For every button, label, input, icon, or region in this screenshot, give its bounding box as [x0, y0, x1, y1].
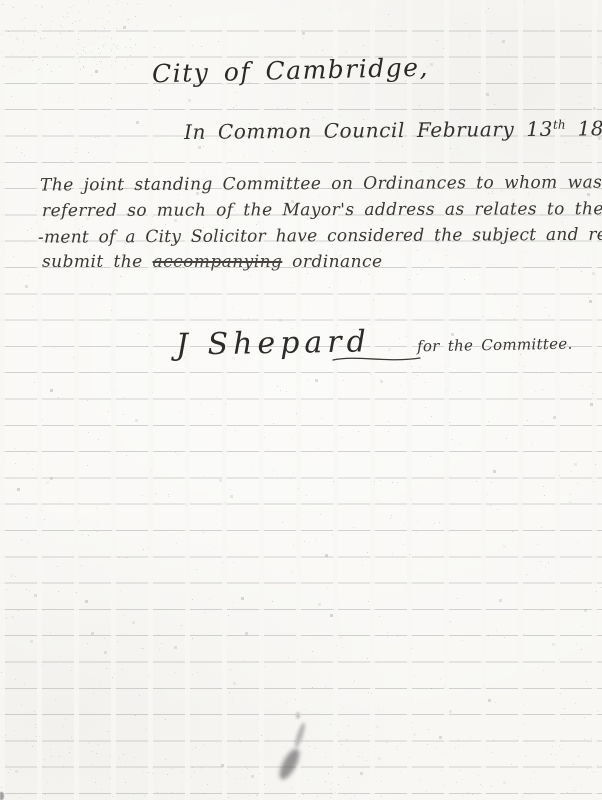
signature-flourish: [332, 353, 422, 365]
body-line-3: -ment of a City Solicitor have considere…: [38, 224, 602, 247]
body-line-1: The joint standing Committee on Ordinanc…: [40, 173, 602, 196]
body-line-4-struck-word: accompanying: [153, 252, 283, 272]
body-line-4: submit the accompanying ordinance: [42, 252, 383, 272]
signature-note: for the Committee.: [417, 335, 573, 356]
ink-smudge-dot: [296, 712, 300, 719]
dateline-text: In Common Council February 13: [184, 117, 553, 144]
document-dateline: In Common Council February 13th 1861.: [184, 116, 602, 144]
body-line-4-after: ordinance: [282, 252, 382, 272]
body-line-4-before: submit the: [42, 252, 153, 272]
dateline-year: 1861.: [565, 116, 602, 141]
scanned-document-page: City of Cambridge, In Common Council Feb…: [0, 0, 602, 800]
body-line-2: referred so much of the Mayor's address …: [42, 199, 602, 221]
scan-edge-mark: [0, 792, 4, 800]
dateline-ordinal: th: [553, 118, 566, 132]
